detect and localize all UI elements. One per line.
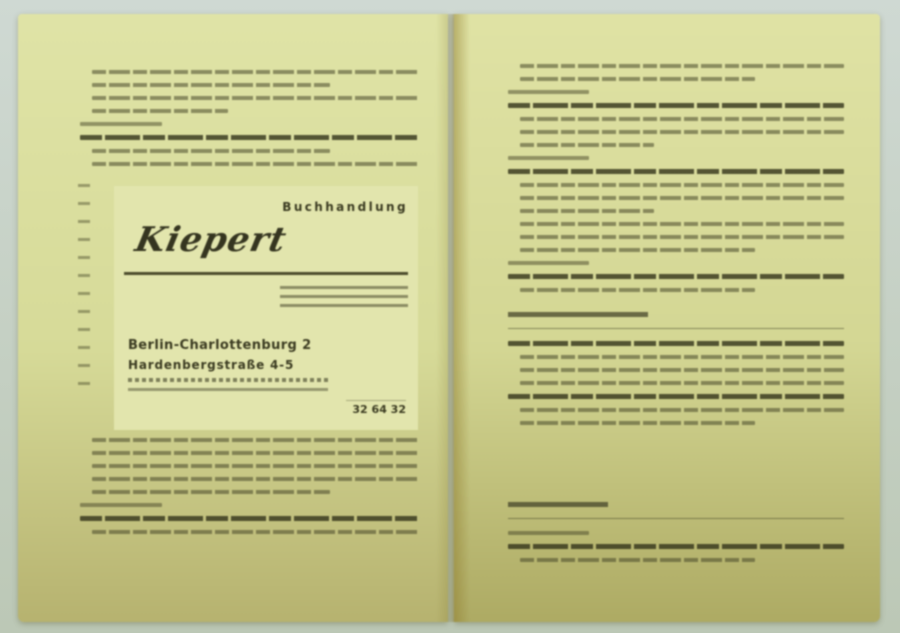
ad-phone-number: 32 64 32 — [352, 403, 406, 416]
entry-heading — [508, 531, 589, 535]
section-heading — [508, 498, 844, 510]
left-text-column-top — [80, 70, 420, 175]
entry-heading — [508, 156, 589, 160]
right-page-number — [832, 546, 840, 554]
text-line — [520, 355, 844, 359]
text-line — [520, 183, 844, 187]
entry-title-line — [508, 341, 844, 346]
ad-logo: Kiepert — [132, 220, 291, 260]
text-line — [520, 381, 844, 385]
text-line — [92, 83, 330, 87]
text-line — [520, 248, 755, 252]
text-line — [92, 438, 420, 442]
text-line — [520, 368, 844, 372]
section-rule — [508, 518, 844, 519]
text-line — [520, 143, 654, 147]
right-text-column-bottom — [508, 482, 844, 571]
entry-heading — [508, 261, 589, 265]
text-line — [520, 222, 844, 226]
text-line — [520, 196, 844, 200]
ad-note — [280, 282, 408, 313]
entry-title-line — [508, 394, 844, 399]
entry-title-line — [508, 103, 844, 108]
entry-title-line — [508, 169, 844, 174]
open-booklet: Buchhandlung Kiepert Berlin-Charlottenbu… — [18, 14, 880, 622]
section-heading — [508, 308, 844, 320]
text-line — [520, 558, 755, 562]
text-line — [92, 149, 330, 153]
left-page: Buchhandlung Kiepert Berlin-Charlottenbu… — [18, 14, 448, 622]
entry-heading — [80, 122, 162, 126]
bookshop-advertisement: Buchhandlung Kiepert Berlin-Charlottenbu… — [114, 186, 418, 430]
right-page — [454, 14, 880, 622]
ad-tagline-2 — [128, 388, 328, 391]
ad-street: Hardenbergstraße 4-5 — [128, 358, 294, 372]
entry-heading — [80, 503, 162, 507]
left-text-column-bottom — [80, 438, 420, 543]
ad-phone: 32 64 32 — [346, 400, 406, 416]
text-line — [520, 64, 844, 68]
text-line — [520, 117, 844, 121]
text-line — [520, 421, 755, 425]
text-line — [92, 477, 420, 481]
text-line — [92, 490, 330, 494]
entry-title-line — [508, 544, 844, 549]
ad-header: Buchhandlung — [128, 200, 408, 214]
entry-heading — [508, 90, 589, 94]
entry-title-line — [80, 516, 420, 521]
text-line — [92, 70, 420, 74]
ad-tagline — [128, 378, 328, 382]
text-line — [92, 109, 228, 113]
text-line — [520, 288, 755, 292]
text-line — [520, 408, 844, 412]
ad-divider — [124, 272, 408, 275]
text-line — [92, 96, 420, 100]
text-line — [520, 77, 755, 81]
text-line — [92, 530, 420, 534]
text-line — [92, 464, 420, 468]
left-page-number — [56, 546, 64, 554]
entry-title-line — [508, 274, 844, 279]
book-gutter — [436, 14, 470, 622]
text-line — [92, 162, 420, 166]
text-line — [520, 235, 844, 239]
section-rule — [508, 328, 844, 329]
ad-city: Berlin-Charlottenburg 2 — [128, 338, 312, 353]
ad-shop-word: Buchhandlung — [282, 200, 408, 214]
text-line — [520, 209, 654, 213]
text-line — [520, 130, 844, 134]
text-line — [92, 451, 420, 455]
right-text-column — [508, 64, 844, 434]
entry-title-line — [80, 135, 420, 140]
margin-fragments — [68, 184, 90, 400]
